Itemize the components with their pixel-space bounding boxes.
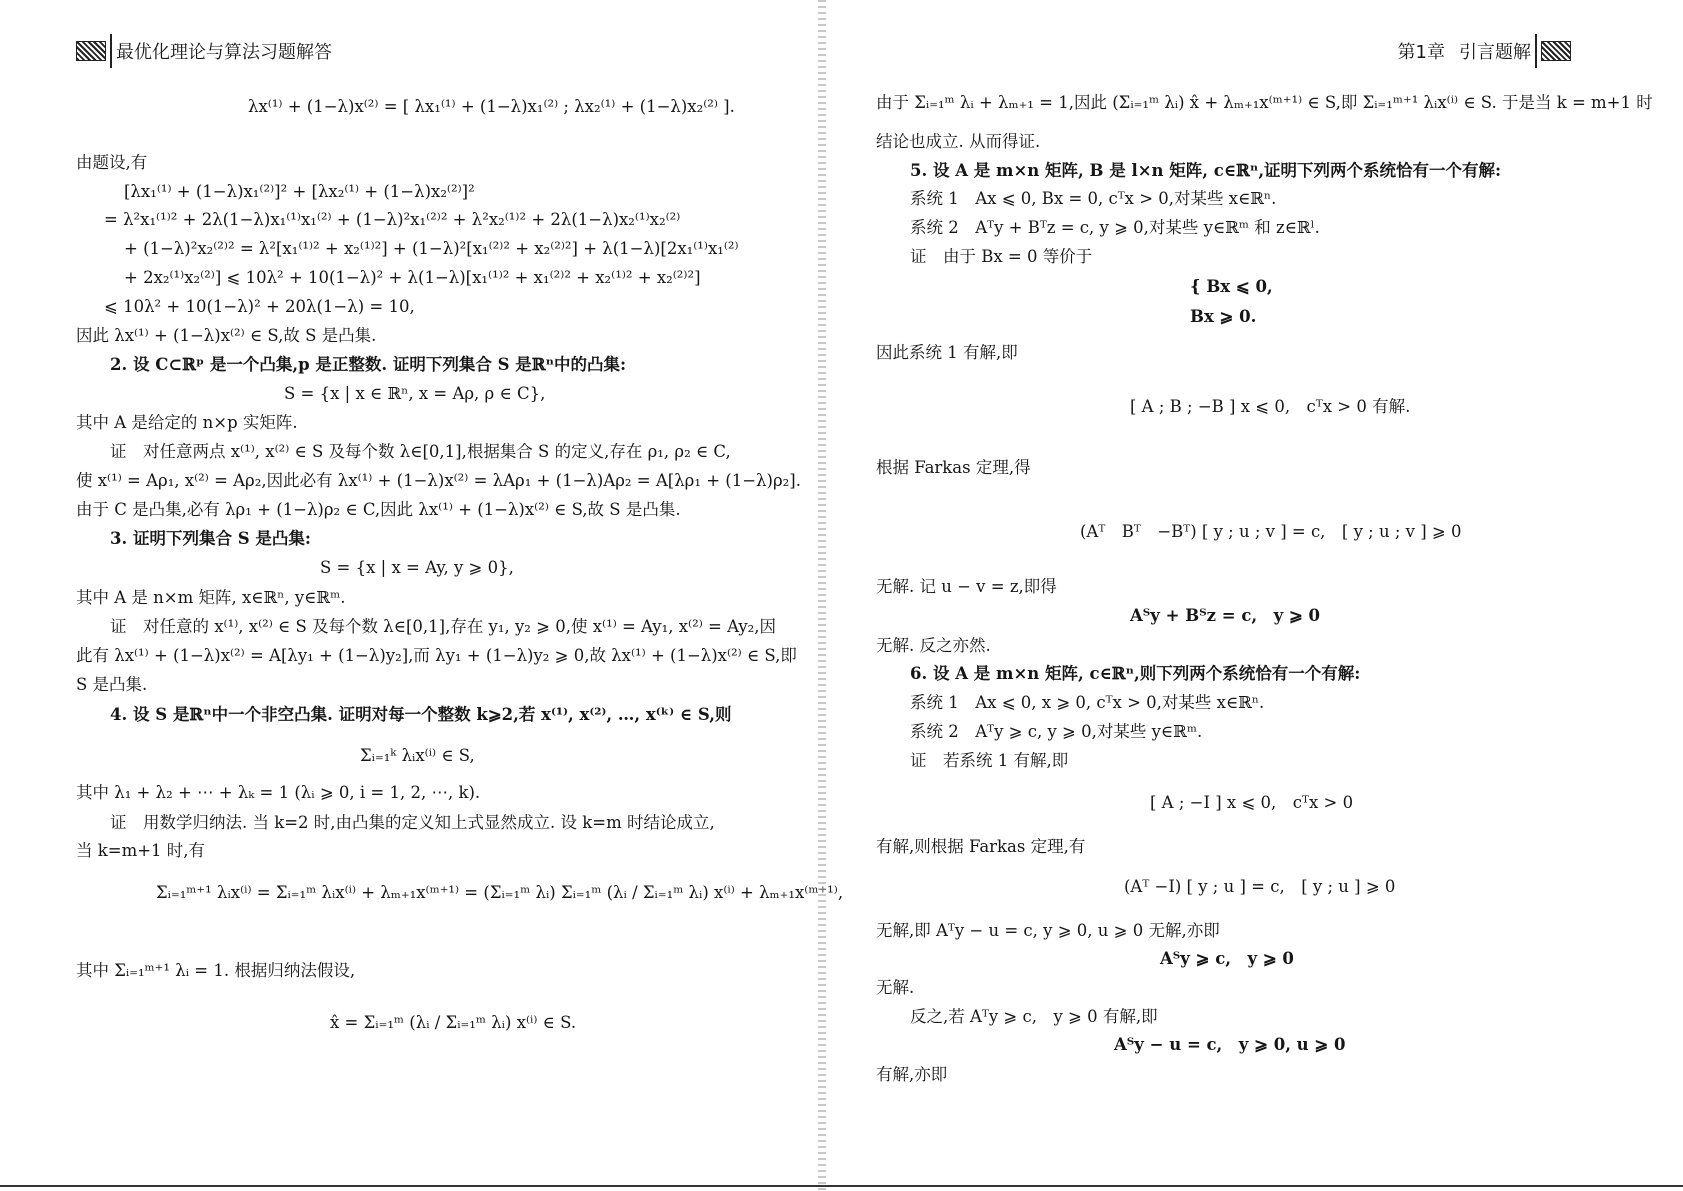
text-line: 结论也成立. 从而得证.: [876, 131, 1040, 153]
right-page: 第1章 引言题解 由于 Σᵢ₌₁ᵐ λᵢ + λₘ₊₁ = 1,因此 (Σᵢ₌₁…: [830, 0, 1683, 1191]
equation-line: [λx₁⁽¹⁾ + (1−λ)x₁⁽²⁾]² + [λx₂⁽¹⁾ + (1−λ)…: [124, 181, 475, 203]
equation-farkas: (Aᵀ −I) [ y ; u ] = c, [ y ; u ] ⩾ 0: [1124, 876, 1395, 898]
chapter-label: 第1章: [1398, 38, 1445, 64]
scan-bottom-edge: [0, 1185, 1683, 1187]
text-line: 无解.: [876, 977, 914, 999]
equation-line: Bx ⩾ 0.: [1190, 306, 1256, 328]
problem-5-statement: 5. 设 A 是 m×n 矩阵, B 是 l×n 矩阵, c∈ℝⁿ,证明下列两个…: [910, 160, 1501, 182]
proof-line: 证 用数学归纳法. 当 k=2 时,由凸集的定义知上式显然成立. 设 k=m 时…: [110, 812, 715, 834]
proof-line: 证 由于 Bx = 0 等价于: [910, 246, 1092, 268]
text-line: 无解,即 Aᵀy − u = c, y ⩾ 0, u ⩾ 0 无解,亦即: [876, 920, 1220, 942]
equation-matrix-ineq: [ A ; B ; −B ] x ⩽ 0, cᵀx > 0 有解.: [1130, 396, 1410, 418]
header-divider: [1535, 34, 1537, 68]
text-line: 其中 λ₁ + λ₂ + ⋯ + λₖ = 1 (λᵢ ⩾ 0, i = 1, …: [76, 782, 480, 804]
equation-line: = λ²x₁⁽¹⁾² + 2λ(1−λ)x₁⁽¹⁾x₁⁽²⁾ + (1−λ)²x…: [104, 209, 680, 231]
equation-line: Aᵀy + Bᵀz = c, y ⩾ 0: [1130, 605, 1320, 627]
header-divider: [110, 34, 112, 68]
system-2: 系统 2 Aᵀy ⩾ c, y ⩾ 0,对某些 y∈ℝᵐ.: [910, 721, 1202, 743]
equation-set-S: S = {x | x ∈ ℝⁿ, x = Aρ, ρ ∈ C},: [284, 383, 545, 405]
equation-convex-combination: λx⁽¹⁾ + (1−λ)x⁽²⁾ = [ λx₁⁽¹⁾ + (1−λ)x₁⁽²…: [248, 96, 735, 118]
system-1: 系统 1 Ax ⩽ 0, Bx = 0, cᵀx > 0,对某些 x∈ℝⁿ.: [910, 188, 1276, 210]
equation-line: + 2x₂⁽¹⁾x₂⁽²⁾] ⩽ 10λ² + 10(1−λ)² + λ(1−λ…: [124, 267, 701, 289]
left-page: 最优化理论与算法习题解答 λx⁽¹⁾ + (1−λ)x⁽²⁾ = [ λx₁⁽¹…: [0, 0, 815, 1191]
page-number-badge: [1541, 41, 1571, 61]
problem-6-statement: 6. 设 A 是 m×n 矩阵, c∈ℝⁿ,则下列两个系统恰有一个有解:: [910, 663, 1360, 685]
text-line: 其中 A 是给定的 n×p 实矩阵.: [76, 412, 298, 434]
text-line: 反之,若 Aᵀy ⩾ c, y ⩾ 0 有解,即: [910, 1006, 1158, 1028]
equation-matrix-ineq: [ A ; −I ] x ⩽ 0, cᵀx > 0: [1150, 792, 1353, 814]
chapter-title: 引言题解: [1459, 38, 1531, 64]
text-line: 由题设,有: [76, 152, 147, 174]
equation-line: Aᵀy − u = c, y ⩾ 0, u ⩾ 0: [1114, 1034, 1345, 1056]
text-line: 因此系统 1 有解,即: [876, 342, 1018, 364]
equation-induction: Σᵢ₌₁ᵐ⁺¹ λᵢx⁽ⁱ⁾ = Σᵢ₌₁ᵐ λᵢx⁽ⁱ⁾ + λₘ₊₁x⁽ᵐ⁺…: [156, 882, 843, 904]
proof-line: 由于 C 是凸集,必有 λρ₁ + (1−λ)ρ₂ ∈ C,因此 λx⁽¹⁾ +…: [76, 499, 681, 521]
page-gutter: [818, 0, 826, 1191]
text-line: 无解. 反之亦然.: [876, 635, 991, 657]
equation-line: + (1−λ)²x₂⁽²⁾² = λ²[x₁⁽¹⁾² + x₂⁽¹⁾²] + (…: [124, 238, 739, 260]
left-page-header: 最优化理论与算法习题解答: [76, 34, 332, 68]
book-title: 最优化理论与算法习题解答: [116, 38, 332, 64]
proof-line: 当 k=m+1 时,有: [76, 840, 205, 862]
equation-line: ⩽ 10λ² + 10(1−λ)² + 20λ(1−λ) = 10,: [104, 296, 415, 318]
proof-line: 证 若系统 1 有解,即: [910, 750, 1068, 772]
right-page-header: 第1章 引言题解: [1398, 34, 1571, 68]
text-line: 根据 Farkas 定理,得: [876, 457, 1031, 479]
problem-3-statement: 3. 证明下列集合 S 是凸集:: [110, 528, 311, 550]
problem-4-statement: 4. 设 S 是ℝⁿ中一个非空凸集. 证明对每一个整数 k⩾2,若 x⁽¹⁾, …: [110, 704, 731, 726]
equation-line: { Bx ⩽ 0,: [1190, 276, 1273, 298]
equation-line: Aᵀy ⩾ c, y ⩾ 0: [1160, 948, 1294, 970]
text-line: 有解,亦即: [876, 1064, 947, 1086]
text-line: 无解. 记 u − v = z,即得: [876, 576, 1057, 598]
proof-line: 由于 Σᵢ₌₁ᵐ λᵢ + λₘ₊₁ = 1,因此 (Σᵢ₌₁ᵐ λᵢ) x̂ …: [876, 92, 1653, 114]
proof-line: 此有 λx⁽¹⁾ + (1−λ)x⁽²⁾ = A[λy₁ + (1−λ)y₂],…: [76, 645, 797, 667]
proof-line: S 是凸集.: [76, 674, 147, 696]
equation-set-S: S = {x | x = Ay, y ⩾ 0},: [320, 557, 514, 579]
proof-line: 证 对任意两点 x⁽¹⁾, x⁽²⁾ ∈ S 及每个数 λ∈[0,1],根据集合…: [110, 441, 731, 463]
equation-sum: Σᵢ₌₁ᵏ λᵢx⁽ⁱ⁾ ∈ S,: [360, 745, 475, 767]
proof-line: 证 对任意的 x⁽¹⁾, x⁽²⁾ ∈ S 及每个数 λ∈[0,1],存在 y₁…: [110, 616, 776, 638]
text-line: 因此 λx⁽¹⁾ + (1−λ)x⁽²⁾ ∈ S,故 S 是凸集.: [76, 325, 376, 347]
problem-2-statement: 2. 设 C⊂ℝᵖ 是一个凸集,p 是正整数. 证明下列集合 S 是ℝⁿ中的凸集…: [110, 354, 626, 376]
text-line: 其中 A 是 n×m 矩阵, x∈ℝⁿ, y∈ℝᵐ.: [76, 587, 345, 609]
text-line: 其中 Σᵢ₌₁ᵐ⁺¹ λᵢ = 1. 根据归纳法假设,: [76, 960, 355, 982]
text-line: 有解,则根据 Farkas 定理,有: [876, 836, 1085, 858]
system-2: 系统 2 Aᵀy + Bᵀz = c, y ⩾ 0,对某些 y∈ℝᵐ 和 z∈ℝ…: [910, 217, 1320, 239]
equation-farkas: (Aᵀ Bᵀ −Bᵀ) [ y ; u ; v ] = c, [ y ; u ;…: [1080, 521, 1461, 543]
system-1: 系统 1 Ax ⩽ 0, x ⩾ 0, cᵀx > 0,对某些 x∈ℝⁿ.: [910, 692, 1264, 714]
equation-x-hat: x̂ = Σᵢ₌₁ᵐ (λᵢ / Σᵢ₌₁ᵐ λᵢ) x⁽ⁱ⁾ ∈ S.: [330, 1012, 576, 1034]
proof-line: 使 x⁽¹⁾ = Aρ₁, x⁽²⁾ = Aρ₂,因此必有 λx⁽¹⁾ + (1…: [76, 470, 801, 492]
page-number-badge: [76, 41, 106, 61]
